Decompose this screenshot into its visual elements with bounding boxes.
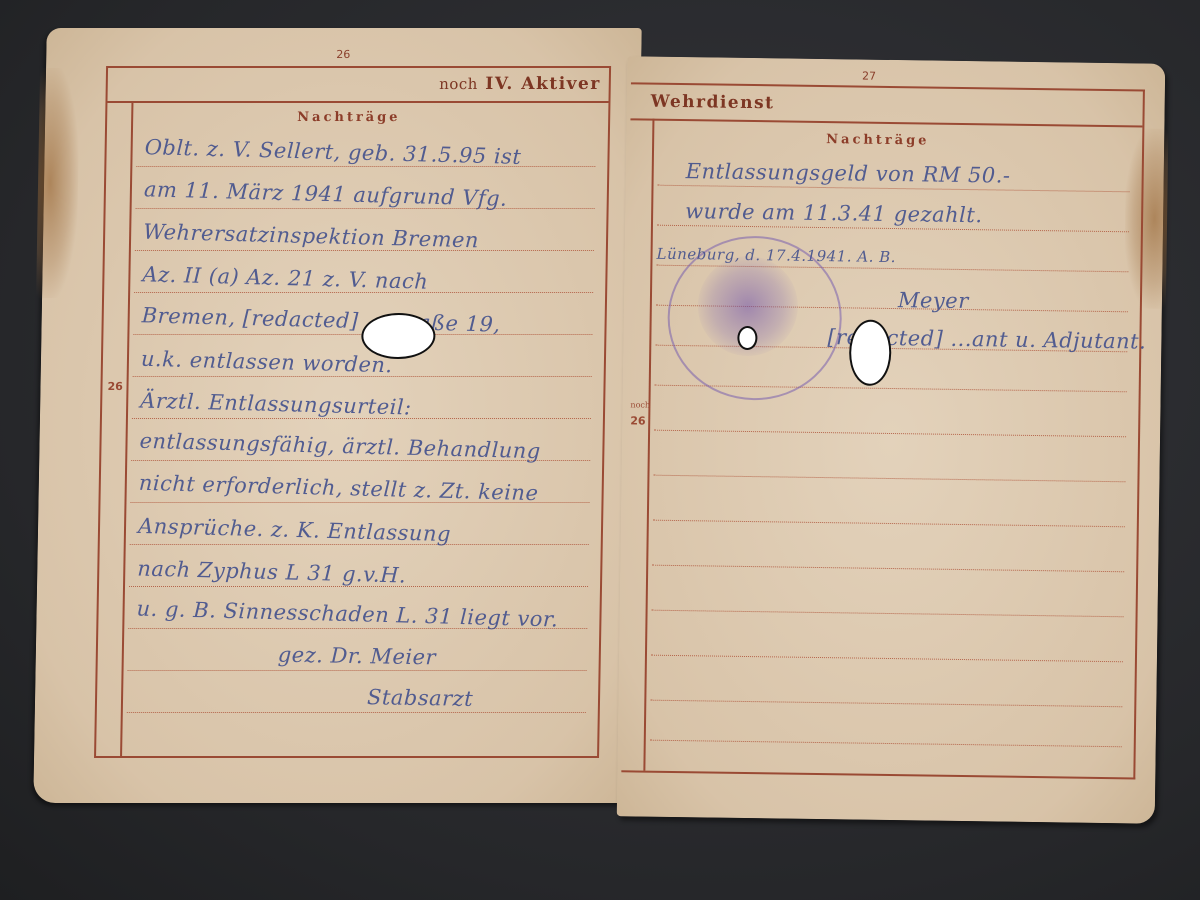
redaction-mark [361, 313, 436, 359]
open-booklet: 26 noch IV. Aktiver Nachträge 26 [0, 0, 1200, 900]
page-number: 27 [862, 70, 876, 83]
section-title: noch IV. Aktiver [439, 74, 601, 94]
margin-number: 26 [107, 380, 123, 393]
header-title: IV. Aktiver [485, 74, 601, 94]
margin-number: 26 [630, 414, 645, 427]
handwritten-line: am 11. März 1941 aufgrund Vfg. [143, 177, 507, 211]
redaction-mark [849, 319, 892, 386]
handwritten-line: Ärztl. Entlassungsurteil: [140, 388, 412, 419]
ruled-line [127, 712, 586, 713]
ruled-line [650, 700, 1122, 708]
ruled-line [130, 544, 589, 545]
handwritten-line: Oblt. z. V. Sellert, geb. 31.5.95 ist [144, 135, 522, 169]
ruled-line [652, 565, 1124, 573]
page-frame: Wehrdienst Nachträge noch 26 Entlassungs… [621, 82, 1145, 779]
handwritten-title: Stabsarzt [367, 685, 474, 711]
ruled-line [135, 250, 594, 251]
handwritten-signature: Meyer [898, 288, 969, 313]
margin-rule [643, 119, 654, 771]
left-page: 26 noch IV. Aktiver Nachträge 26 [33, 28, 642, 803]
section-title: Wehrdienst [651, 92, 775, 114]
age-stain [36, 68, 80, 298]
margin-rule [120, 101, 133, 756]
handwritten-place-date: Lüneburg, d. 17.4.1941. A. B. [656, 245, 896, 266]
ruled-line [652, 610, 1124, 618]
handwritten-line: Az. II (a) Az. 21 z. V. nach [142, 262, 429, 293]
handwritten-line: u.k. entlassen worden. [141, 347, 394, 378]
handwritten-line: entlassungsfähig, ärztl. Behandlung [139, 429, 541, 464]
margin-prefix: noch [630, 400, 650, 409]
right-page: 27 Wehrdienst Nachträge noch 26 [617, 56, 1166, 823]
handwritten-line: Bremen, [redacted] ...straße 19, [141, 303, 501, 336]
ruled-line [653, 520, 1125, 528]
handwritten-line: wurde am 11.3.41 gezahlt. [685, 199, 983, 227]
handwritten-line: Entlassungsgeld von RM 50.- [686, 159, 1011, 188]
page-number: 26 [336, 48, 350, 61]
subtitle: Nachträge [297, 110, 401, 125]
ruled-line [650, 740, 1122, 748]
page-frame: noch IV. Aktiver Nachträge 26 Oblt. z. V… [94, 66, 611, 758]
subtitle: Nachträge [826, 132, 930, 148]
handwritten-line: Wehrersatzinspektion Bremen [143, 220, 480, 253]
ruled-line [134, 292, 593, 293]
ruled-line [651, 655, 1123, 663]
handwritten-signature-line: gez. Dr. Meier [277, 643, 436, 670]
handwritten-line: u. g. B. Sinnesschaden L. 31 liegt vor. [136, 596, 559, 631]
handwritten-line: nicht erforderlich, stellt z. Zt. keine [138, 471, 539, 505]
header-prefix: noch [439, 75, 478, 93]
ruled-line [136, 166, 595, 167]
ruled-line [128, 670, 587, 671]
ruled-line [136, 208, 595, 209]
handwritten-line: Ansprüche. z. K. Entlassung [138, 514, 452, 546]
ruled-line [654, 430, 1126, 438]
handwritten-line: nach Zyphus L 31 g.v.H. [137, 556, 407, 587]
ruled-line [653, 475, 1125, 483]
